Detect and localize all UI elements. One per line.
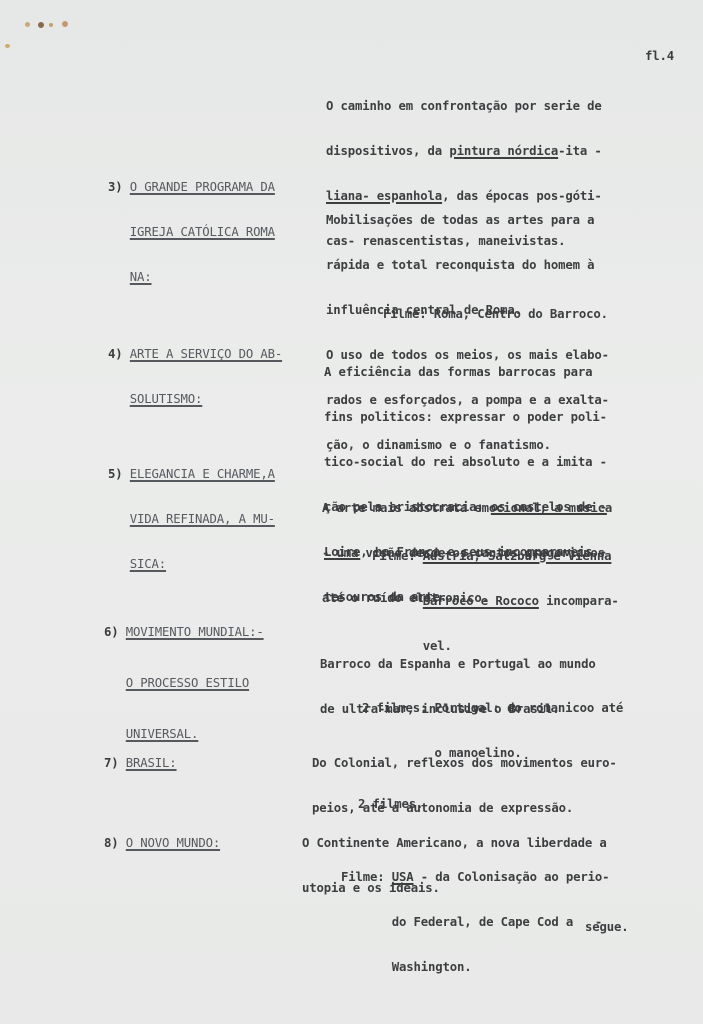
film-line: 2 filmes: Portugal: do romanicoo até (362, 701, 623, 716)
body-line: A arte mais abstrata emocional; a musica (322, 501, 612, 516)
heading-line: O NOVO MUNDO: (126, 836, 220, 850)
section-number: 3) (108, 180, 123, 194)
heading-line: ARTE A SERVIÇO DO AB- (130, 347, 282, 361)
intro-line: O caminho em confrontação por serie de (326, 99, 602, 114)
body-line: Barroco da Espanha e Portugal ao mundo (320, 657, 596, 672)
underlined-phrase: USA (392, 870, 414, 884)
section-number: 4) (108, 347, 123, 361)
heading-line: VIDA REFINADA, A MU- (130, 512, 275, 526)
film-line: Barroco e Rococo incompara- (372, 594, 619, 609)
body-line: rápida e total reconquista do homem à (326, 258, 609, 273)
film-line: Filme: USA - da Colonisação ao perio- (341, 870, 609, 885)
film-line: Filme: Roma, Centro do Barroco. (383, 307, 608, 322)
section-8-heading: 8) O NOVO MUNDO: (104, 806, 220, 881)
section-8-film: Filme: USA - da Colonisação ao perio- do… (341, 840, 609, 1005)
section-number: 7) (104, 756, 119, 770)
section-number: 5) (108, 467, 123, 481)
heading-line: SOLUTISMO: (130, 392, 203, 406)
heading-line: NA: (130, 270, 152, 284)
paper-stain (62, 21, 68, 27)
heading-line: IGREJA CATÓLICA ROMA (130, 225, 275, 239)
body-line: fins politicos: expressar o poder poli- (324, 410, 607, 425)
paper-stain (38, 22, 44, 28)
paper-stain (5, 44, 10, 48)
underlined-phrase: Austria, Salzburg e Vienna (423, 549, 612, 563)
closing-continued: segue. (585, 920, 629, 935)
heading-line: BRASIL: (126, 756, 177, 770)
section-4-heading: 4) ARTE A SERVIÇO DO AB- SOLUTISMO: (108, 317, 282, 437)
body-line: A eficiência das formas barrocas para (324, 365, 607, 380)
body-line: Mobilisações de todas as artes para a (326, 213, 609, 228)
document-page: fl.4 O caminho em confrontação por serie… (0, 0, 703, 1024)
paper-stain (25, 22, 30, 27)
film-line: Washington. (341, 960, 609, 975)
section-7-heading: 7) BRASIL: (104, 726, 177, 801)
heading-line: O GRANDE PROGRAMA DA (130, 180, 275, 194)
section-3-heading: 3) O GRANDE PROGRAMA DA IGREJA CATÓLICA … (108, 150, 275, 315)
heading-line: MOVIMENTO MUNDIAL:- (126, 625, 264, 639)
heading-line: ELEGANCIA E CHARME,A (130, 467, 275, 481)
section-number: 6) (104, 625, 119, 639)
film-line: do Federal, de Cape Cod a - (341, 915, 609, 930)
page-number: fl.4 (645, 49, 674, 64)
body-line: tico-social do rei absoluto e a imita - (324, 455, 607, 470)
intro-line: dispositivos, da pintura nórdica-ita - (326, 144, 602, 159)
section-number: 8) (104, 836, 119, 850)
heading-line: SICA: (130, 557, 166, 571)
heading-line: O PROCESSO ESTILO (126, 676, 249, 690)
film-line: Filme: Austria, Salzburg e Vienna (372, 549, 619, 564)
underlined-phrase: Barroco e Rococo (423, 594, 539, 608)
paper-stain (49, 23, 53, 27)
underlined-phrase: pintura nórdica (449, 144, 558, 158)
section-5-heading: 5) ELEGANCIA E CHARME,A VIDA REFINADA, A… (108, 437, 275, 602)
